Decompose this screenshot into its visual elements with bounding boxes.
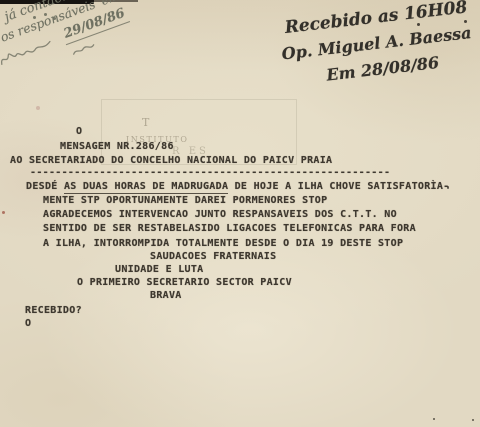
typed-org-char: O [76,126,82,137]
typed-addressee: AO SECRETARIADO DO CONCELHO NACIONAL DO … [10,155,332,166]
typed-signature-line-2: BRAVA [150,290,182,301]
scan-speck [433,418,435,420]
typed-footer-o: O [25,318,31,329]
typed-divider: ----------------------------------------… [30,167,390,178]
scan-speck-pink [36,106,40,110]
typed-closing-line-2: UNIDADE E LUTA [115,264,204,275]
typed-body-line-1: DESDÉ AS DUAS HORAS DE MADRUGADA DE HOJE… [26,181,450,192]
scan-speck [447,186,449,189]
typed-body-line-4: SENTIDO DE SER RESTABELASIDO LIGACOES TE… [43,223,416,234]
typed-body-line-2: MENTE STP OPORTUNAMENTE DAREI PORMENORES… [43,195,327,206]
scanned-telegram-document: T INSTITUTO R ES O MENSAGEM NR.286/86 AO… [0,0,480,427]
typed-message-number: MENSAGEM NR.286/86 [60,141,174,152]
scan-speck-red [2,211,5,214]
watermark-symbol: T [142,116,149,129]
body-line1-underlined: AS DUAS HORAS DE MADRUGADA [64,181,228,194]
pencil-flourish-icon [70,40,98,58]
ink-annotation: Recebido as 16H08 Op. Miguel A. Baessa E… [273,0,480,94]
scan-speck [472,419,474,421]
body-line1-prefix: DESDÉ [26,181,64,192]
typed-footer-received: RECEBIDO? [25,305,82,316]
pencil-annotation: já contactado c/ os responsáveisem 29/08… [0,0,200,91]
body-line1-suffix: DE HOJE A ILHA CHOVE SATISFATORÌA- [228,181,449,192]
typed-closing-line-1: SAUDACOES FRATERNAIS [150,251,276,262]
typed-body-line-5: A ILHA, INTORROMPIDA TOTALMENTE DESDE O … [43,238,403,249]
typed-signature-line-1: O PRIMEIRO SECRETARIO SECTOR PAICV [77,277,292,288]
typed-body-line-3: AGRADECEMOS INTERVENCAO JUNTO RESPANSAVE… [43,209,397,220]
